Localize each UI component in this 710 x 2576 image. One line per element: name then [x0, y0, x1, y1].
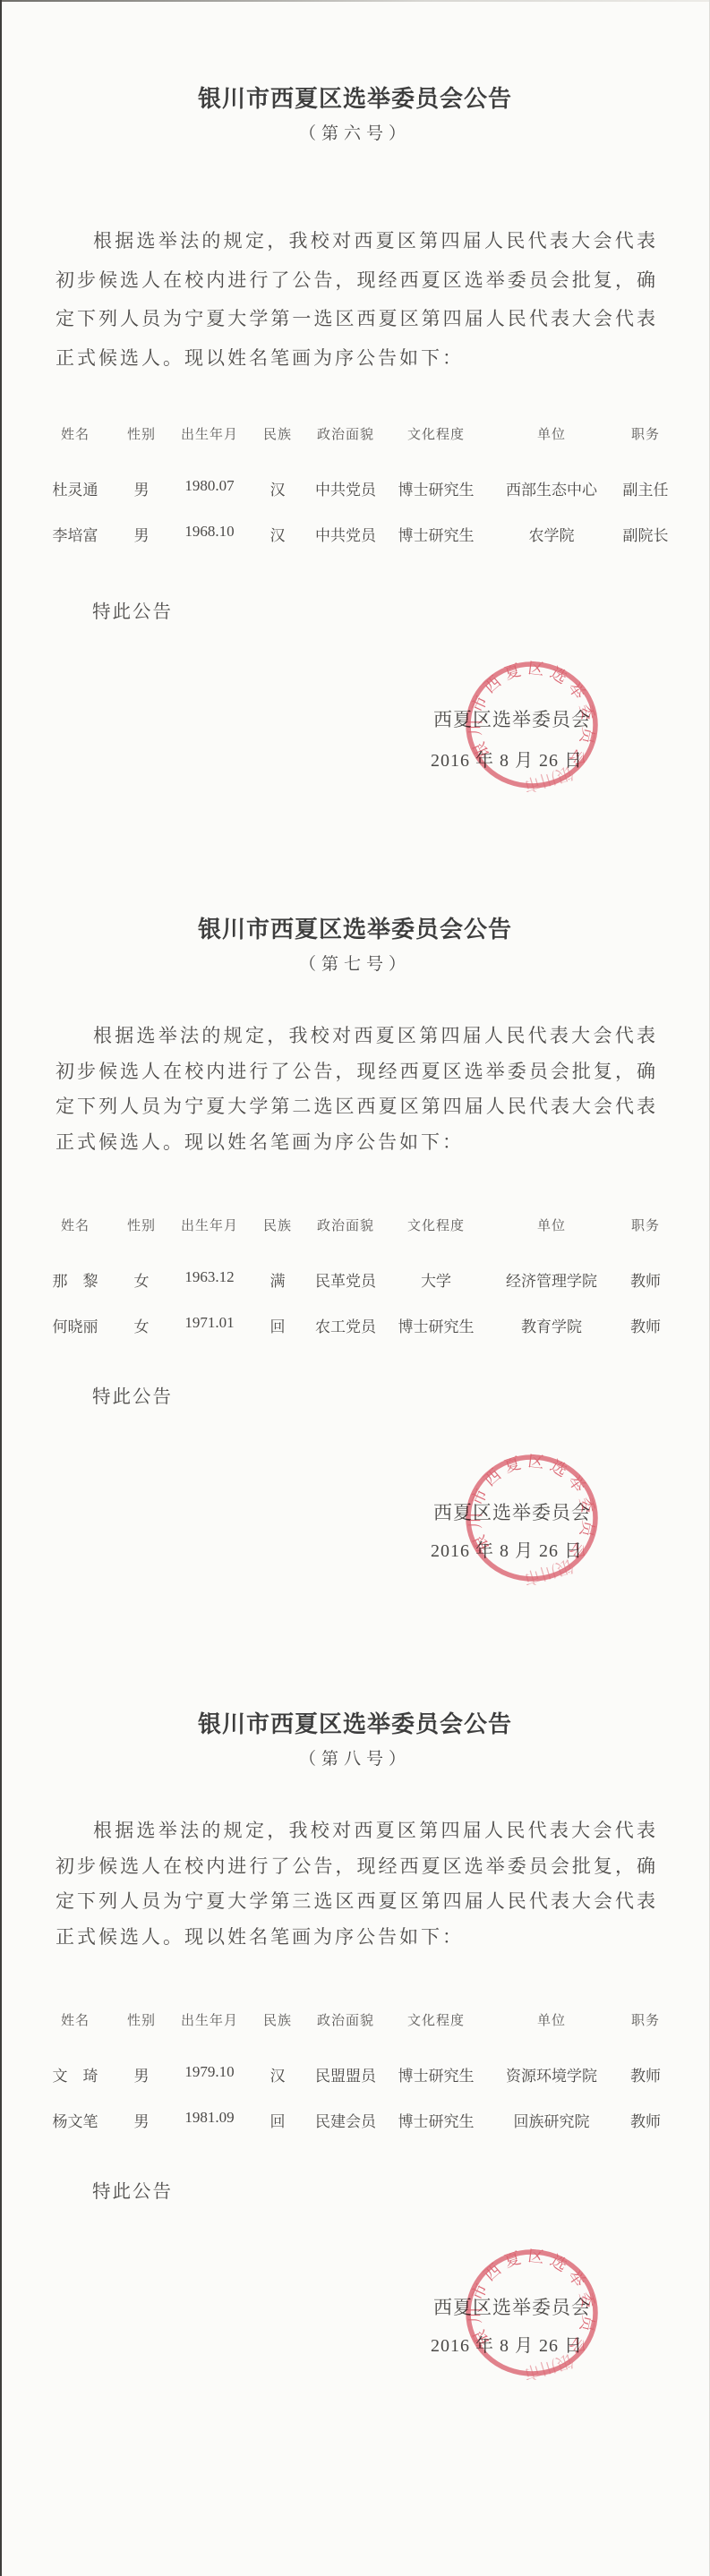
cell-education: 博士研究生 — [389, 2063, 483, 2086]
col-header-education: 文化程度 — [389, 1215, 483, 1234]
col-header-name: 姓名 — [34, 2010, 116, 2029]
col-header-position: 职务 — [620, 1215, 672, 1234]
table-header-row: 姓名 性别 出生年月 民族 政治面貌 文化程度 单位 职务 — [34, 424, 672, 443]
seal-arc-text: 银川市西夏区选举委员会 — [466, 659, 598, 773]
table-row: 杨文笔 男 1981.09 回 民建会员 博士研究生 回族研究院 教师 — [34, 2109, 672, 2131]
table-header-row: 姓名 性别 出生年月 民族 政治面貌 文化程度 单位 职务 — [34, 2010, 672, 2029]
col-header-party: 政治面貌 — [303, 2010, 389, 2029]
cell-birth: 1968.10 — [167, 523, 252, 545]
cell-unit: 经济管理学院 — [483, 1268, 620, 1291]
cell-birth: 1979.10 — [167, 2063, 252, 2086]
cell-name: 杨文笔 — [34, 2109, 116, 2131]
cell-education: 大学 — [389, 1268, 483, 1291]
cell-gender: 女 — [116, 1314, 167, 1336]
cell-name: 何晓丽 — [34, 1314, 116, 1336]
table-row: 那 黎 女 1963.12 满 民革党员 大学 经济管理学院 教师 — [34, 1268, 672, 1291]
col-header-education: 文化程度 — [389, 424, 483, 443]
cell-ethnicity: 回 — [252, 2109, 303, 2131]
col-header-unit: 单位 — [483, 424, 620, 443]
official-seal: 银川市西夏区选举委员会 银川市 — [462, 658, 602, 792]
notice-number: （第八号） — [0, 1745, 710, 1770]
cell-name: 李培富 — [34, 523, 116, 545]
closing-text: 特此公告 — [92, 2176, 173, 2203]
col-header-education: 文化程度 — [389, 2010, 483, 2029]
cell-party: 民建会员 — [303, 2109, 389, 2131]
cell-position: 教师 — [620, 1268, 672, 1291]
col-header-ethnicity: 民族 — [252, 2010, 303, 2029]
cell-position: 教师 — [620, 2063, 672, 2086]
cell-unit: 资源环境学院 — [483, 2063, 620, 2086]
col-header-birth: 出生年月 — [167, 2010, 252, 2029]
seal-arc-text: 银川市西夏区选举委员会 — [466, 1452, 598, 1566]
col-header-birth: 出生年月 — [167, 1215, 252, 1234]
cell-education: 博士研究生 — [389, 1314, 483, 1336]
cell-party: 民盟盟员 — [303, 2063, 389, 2086]
cell-gender: 女 — [116, 1268, 167, 1291]
notice-number: （第六号） — [0, 120, 710, 144]
cell-gender: 男 — [116, 477, 167, 499]
notice-no6: 银川市西夏区选举委员会公告 （第六号） 根据选举法的规定，我校对西夏区第四届人民… — [0, 81, 710, 895]
cell-name: 文 琦 — [34, 2063, 116, 2086]
notice-body: 根据选举法的规定，我校对西夏区第四届人民代表大会代表初步候选人在校内进行了公告，… — [56, 1019, 658, 1160]
table-row: 杜灵通 男 1980.07 汉 中共党员 博士研究生 西部生态中心 副主任 — [34, 477, 672, 499]
col-header-gender: 性别 — [116, 1215, 167, 1234]
col-header-party: 政治面貌 — [303, 1215, 389, 1234]
seal-arc-text: 银川市西夏区选举委员会 — [466, 2247, 598, 2361]
col-header-gender: 性别 — [116, 424, 167, 443]
cell-party: 中共党员 — [303, 477, 389, 499]
table-row: 何晓丽 女 1971.01 回 农工党员 博士研究生 教育学院 教师 — [34, 1314, 672, 1336]
cell-unit: 教育学院 — [483, 1314, 620, 1336]
cell-party: 农工党员 — [303, 1314, 389, 1336]
cell-name: 杜灵通 — [34, 477, 116, 499]
cell-position: 教师 — [620, 1314, 672, 1336]
cell-unit: 农学院 — [483, 523, 620, 545]
scanned-document-page: 银川市西夏区选举委员会公告 （第六号） 根据选举法的规定，我校对西夏区第四届人民… — [0, 0, 710, 2576]
cell-party: 中共党员 — [303, 523, 389, 545]
cell-name: 那 黎 — [34, 1268, 116, 1291]
cell-birth: 1980.07 — [167, 477, 252, 499]
cell-position: 副主任 — [620, 477, 672, 499]
candidate-table: 姓名 性别 出生年月 民族 政治面貌 文化程度 单位 职务 杜灵通 男 1980… — [34, 424, 672, 568]
cell-unit: 西部生态中心 — [483, 477, 620, 499]
cell-education: 博士研究生 — [389, 523, 483, 545]
col-header-birth: 出生年月 — [167, 424, 252, 443]
col-header-ethnicity: 民族 — [252, 424, 303, 443]
notice-title: 银川市西夏区选举委员会公告 — [0, 81, 710, 114]
cell-birth: 1963.12 — [167, 1268, 252, 1291]
notice-title: 银川市西夏区选举委员会公告 — [0, 911, 710, 944]
closing-text: 特此公告 — [92, 1381, 173, 1408]
cell-position: 副院长 — [620, 523, 672, 545]
col-header-ethnicity: 民族 — [252, 1215, 303, 1234]
col-header-gender: 性别 — [116, 2010, 167, 2029]
cell-position: 教师 — [620, 2109, 672, 2131]
table-row: 文 琦 男 1979.10 汉 民盟盟员 博士研究生 资源环境学院 教师 — [34, 2063, 672, 2086]
seal-ghost-text: 银川市 — [521, 2350, 576, 2380]
cell-ethnicity: 汉 — [252, 2063, 303, 2086]
official-seal: 银川市西夏区选举委员会 银川市 — [462, 2246, 602, 2380]
col-header-position: 职务 — [620, 2010, 672, 2029]
scan-edge-top — [0, 0, 710, 2]
candidate-table: 姓名 性别 出生年月 民族 政治面貌 文化程度 单位 职务 那 黎 女 1963… — [34, 1215, 672, 1360]
table-header-row: 姓名 性别 出生年月 民族 政治面貌 文化程度 单位 职务 — [34, 1215, 672, 1234]
notice-body: 根据选举法的规定，我校对西夏区第四届人民代表大会代表初步候选人在校内进行了公告，… — [56, 222, 658, 378]
notice-no7: 银川市西夏区选举委员会公告 （第七号） 根据选举法的规定，我校对西夏区第四届人民… — [0, 911, 710, 1726]
cell-ethnicity: 满 — [252, 1268, 303, 1291]
notice-number: （第七号） — [0, 951, 710, 975]
col-header-party: 政治面貌 — [303, 424, 389, 443]
cell-education: 博士研究生 — [389, 2109, 483, 2131]
col-header-unit: 单位 — [483, 1215, 620, 1234]
cell-party: 民革党员 — [303, 1268, 389, 1291]
seal-ghost-text: 银川市 — [521, 762, 576, 792]
notice-no8: 银川市西夏区选举委员会公告 （第八号） 根据选举法的规定，我校对西夏区第四届人民… — [0, 1706, 710, 2521]
cell-birth: 1981.09 — [167, 2109, 252, 2131]
col-header-name: 姓名 — [34, 1215, 116, 1234]
cell-gender: 男 — [116, 2063, 167, 2086]
cell-ethnicity: 汉 — [252, 477, 303, 499]
official-seal: 银川市西夏区选举委员会 银川市 — [462, 1451, 602, 1585]
col-header-unit: 单位 — [483, 2010, 620, 2029]
col-header-name: 姓名 — [34, 424, 116, 443]
closing-text: 特此公告 — [92, 596, 173, 623]
candidate-table: 姓名 性别 出生年月 民族 政治面貌 文化程度 单位 职务 文 琦 男 1979… — [34, 2010, 672, 2154]
notice-body: 根据选举法的规定，我校对西夏区第四届人民代表大会代表初步候选人在校内进行了公告，… — [56, 1813, 658, 1955]
cell-gender: 男 — [116, 523, 167, 545]
col-header-position: 职务 — [620, 424, 672, 443]
cell-unit: 回族研究院 — [483, 2109, 620, 2131]
notice-title: 银川市西夏区选举委员会公告 — [0, 1706, 710, 1739]
cell-ethnicity: 回 — [252, 1314, 303, 1336]
scan-edge-left — [0, 0, 2, 2576]
cell-ethnicity: 汉 — [252, 523, 303, 545]
cell-birth: 1971.01 — [167, 1314, 252, 1336]
cell-education: 博士研究生 — [389, 477, 483, 499]
table-row: 李培富 男 1968.10 汉 中共党员 博士研究生 农学院 副院长 — [34, 523, 672, 545]
seal-ghost-text: 银川市 — [521, 1555, 576, 1585]
cell-gender: 男 — [116, 2109, 167, 2131]
